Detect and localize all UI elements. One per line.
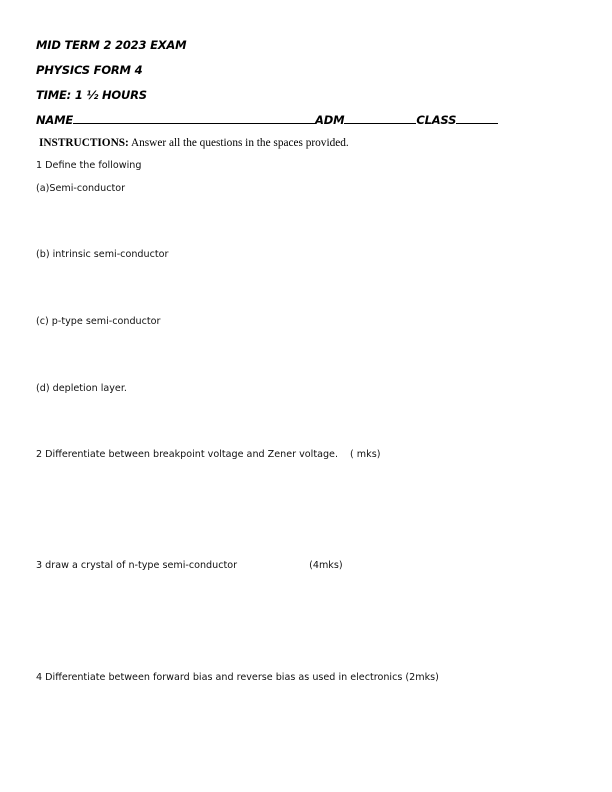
instructions-text: Answer all the questions in the spaces p… bbox=[129, 137, 349, 149]
adm-field-line[interactable] bbox=[344, 113, 416, 124]
instructions-label: INSTRUCTIONS: bbox=[39, 137, 129, 149]
question-2-marks: ( mks) bbox=[350, 449, 380, 460]
question-1c: (c) p-type semi-conductor bbox=[36, 316, 160, 327]
name-label: NAME bbox=[36, 113, 73, 127]
question-2: 2 Differentiate between breakpoint volta… bbox=[36, 449, 380, 460]
exam-title: MID TERM 2 2023 EXAM bbox=[36, 38, 186, 52]
student-details-row: NAMEADMCLASS bbox=[36, 113, 498, 127]
question-4: 4 Differentiate between forward bias and… bbox=[36, 672, 439, 683]
question-1a: (a)Semi-conductor bbox=[36, 183, 125, 194]
instructions: INSTRUCTIONS: Answer all the questions i… bbox=[39, 137, 349, 149]
question-2-text: 2 Differentiate between breakpoint volta… bbox=[36, 449, 338, 460]
class-label: CLASS bbox=[416, 113, 456, 127]
question-3: 3 draw a crystal of n-type semi-conducto… bbox=[36, 560, 343, 571]
question-1: 1 Define the following bbox=[36, 160, 141, 171]
subject-title: PHYSICS FORM 4 bbox=[36, 63, 142, 77]
question-1b: (b) intrinsic semi-conductor bbox=[36, 249, 168, 260]
question-1d: (d) depletion layer. bbox=[36, 383, 127, 394]
class-field-line[interactable] bbox=[456, 113, 498, 124]
adm-label: ADM bbox=[315, 113, 344, 127]
name-field-line[interactable] bbox=[73, 113, 315, 124]
question-3-text: 3 draw a crystal of n-type semi-conducto… bbox=[36, 560, 237, 571]
question-3-marks: (4mks) bbox=[309, 560, 343, 571]
exam-duration: TIME: 1 ½ HOURS bbox=[36, 88, 147, 102]
